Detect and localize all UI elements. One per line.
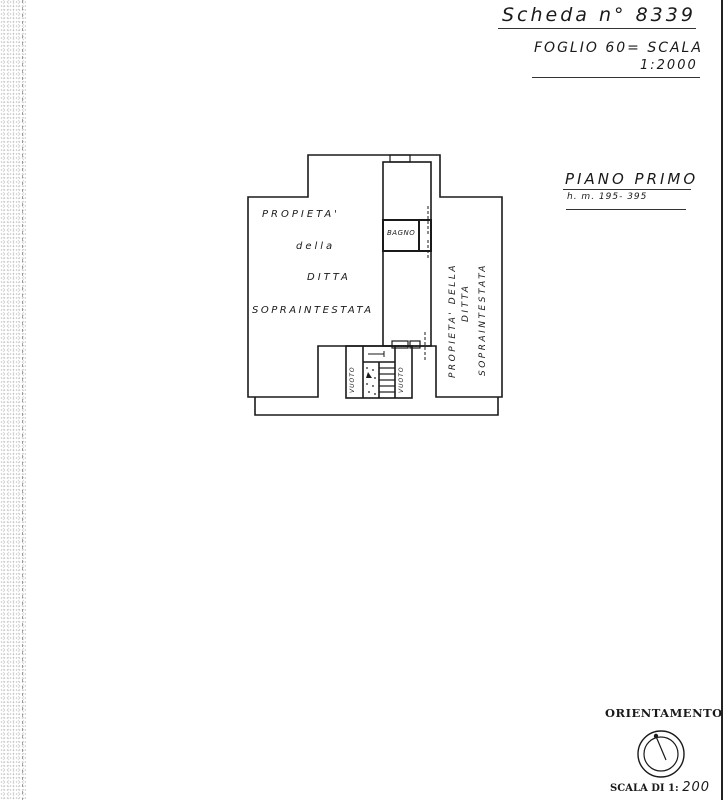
right-area-line3: SOPRAINTESTATA [478, 263, 488, 376]
orientation-title: ORIENTAMENTO [605, 706, 723, 720]
terrace-outline [255, 397, 498, 415]
orientation-compass [638, 731, 684, 777]
void-right-label: VUOTO [398, 366, 405, 393]
left-area-line2: della [296, 241, 335, 252]
scale-label: SCALA DI 1: 200 [610, 780, 710, 795]
left-area-line3: DITTA [307, 272, 351, 283]
right-area-line2: DITTA [461, 284, 471, 322]
outer-wall [248, 155, 502, 397]
right-area-line1: PROPIETA' DELLA [448, 263, 458, 378]
void-left-label: VUOTO [349, 366, 356, 393]
scale-value: 200 [682, 780, 710, 795]
scale-prefix: SCALA DI 1: [610, 783, 679, 794]
left-area-line4: SOPRAINTESTATA [252, 305, 374, 316]
left-area-line1: PROPIETA' [262, 209, 340, 220]
floor-plan-drawing [0, 0, 724, 800]
bathroom-label: BAGNO [387, 229, 415, 237]
central-room [383, 162, 431, 346]
